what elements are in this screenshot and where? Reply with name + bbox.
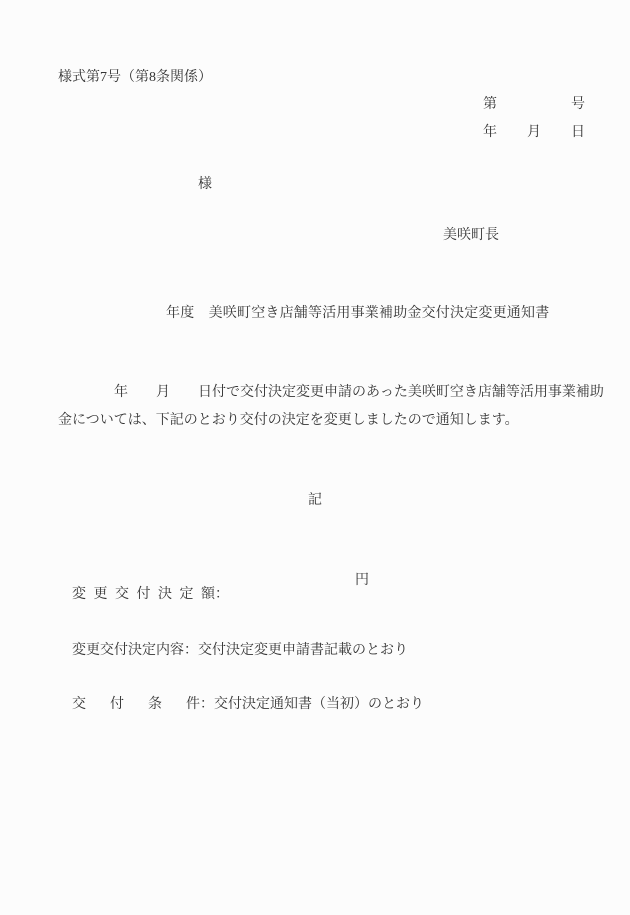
condition-value: 交付決定通知書（当初）のとおり — [214, 697, 424, 712]
document-title: 年度 美咲町空き店舗等活用事業補助金交付決定変更通知書 — [166, 307, 549, 321]
sender-title: 美咲町長 — [443, 229, 499, 243]
month-label: 月 — [527, 126, 541, 140]
amount-colon: ： — [215, 587, 229, 602]
doc-number-suffix: 号 — [571, 98, 585, 112]
document-number-line: 第 号 — [483, 98, 585, 112]
body-paragraph-line2: 金については、下記のとおり交付の決定を変更しましたので通知します。 — [58, 414, 519, 428]
document-page: 様式第7号（第8条関係） 第 号 年 月 日 様 美咲町長 年度 美咲町空き店舗… — [0, 0, 630, 915]
condition-colon: ： — [200, 697, 214, 712]
doc-number-prefix: 第 — [483, 98, 497, 112]
condition-row: 交付条件：交付決定通知書（当初）のとおり — [58, 684, 578, 700]
amount-unit: 円 — [355, 574, 369, 588]
content-label: 変更交付決定内容 — [72, 643, 184, 658]
date-line: 年 月 日 — [483, 126, 585, 140]
amount-label: 変更交付決定額 — [72, 587, 223, 602]
amount-row: 変更交付決定額： 円 — [58, 574, 578, 590]
ki-marker: 記 — [0, 494, 630, 508]
content-colon: ： — [184, 643, 198, 658]
form-number: 様式第7号（第8条関係） — [58, 71, 212, 85]
day-label: 日 — [571, 126, 585, 140]
body-paragraph-line1: 年 月 日付で交付決定変更申請のあった美咲町空き店舗等活用事業補助 — [58, 386, 604, 400]
content-row: 変更交付決定内容：交付決定変更申請書記載のとおり — [58, 630, 578, 646]
year-label: 年 — [483, 126, 497, 140]
content-value: 交付決定変更申請書記載のとおり — [198, 643, 408, 658]
recipient-honorific: 様 — [198, 178, 212, 192]
